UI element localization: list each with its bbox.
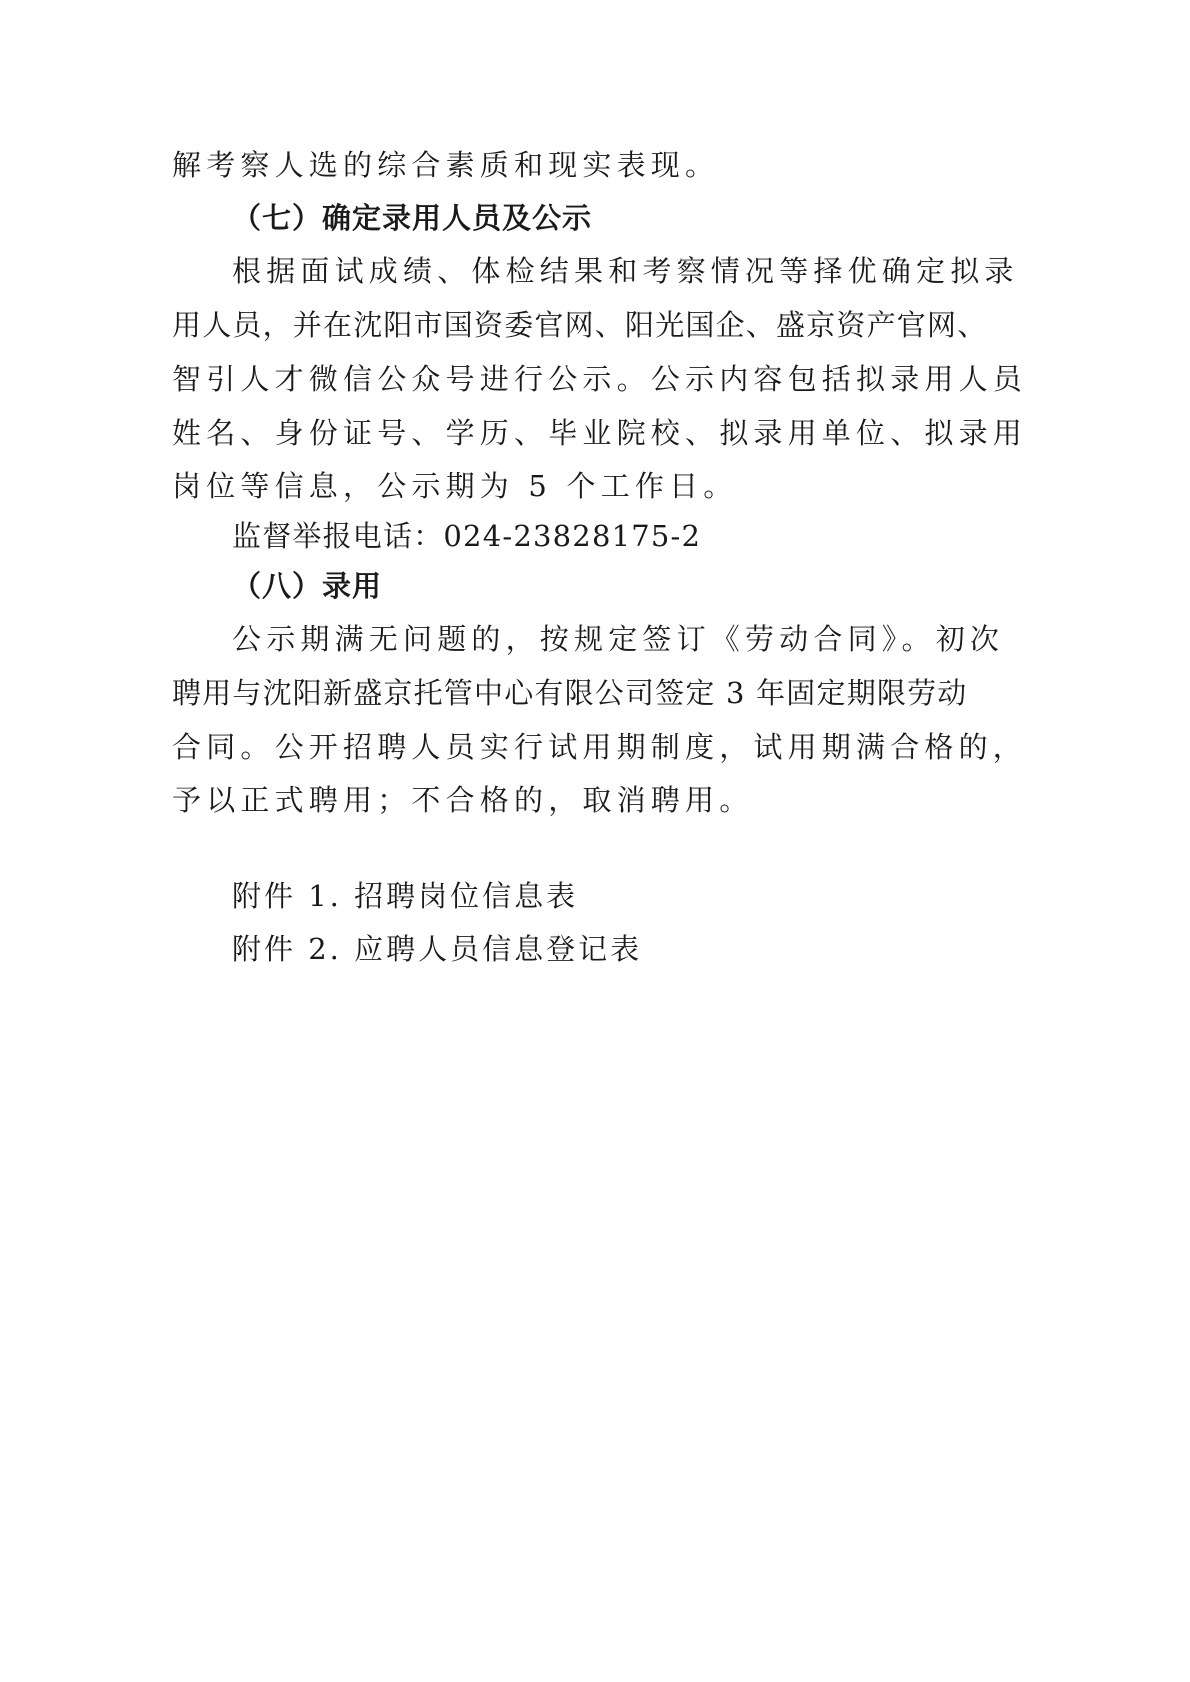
paragraph-line: 姓名、身份证号、学历、毕业院校、拟录用单位、拟录用	[172, 413, 1027, 453]
section-heading-8: （八）录用	[232, 566, 382, 606]
paragraph-line: 聘用与沈阳新盛京托管中心有限公司签定 3 年固定期限劳动	[172, 673, 968, 713]
paragraph-line: 根据面试成绩、体检结果和考察情况等择优确定拟录	[232, 251, 1019, 291]
paragraph-line: 解考察人选的综合素质和现实表现。	[172, 145, 719, 185]
section-heading-7: （七）确定录用人员及公示	[232, 198, 592, 238]
paragraph-line: 公示期满无问题的，按规定签订《劳动合同》。初次	[232, 619, 1004, 659]
paragraph-line: 予以正式聘用；不合格的，取消聘用。	[172, 780, 753, 820]
document-page: 解考察人选的综合素质和现实表现。 （七）确定录用人员及公示 根据面试成绩、体检结…	[0, 0, 1190, 1682]
attachment-1: 附件 1. 招聘岗位信息表	[232, 876, 578, 916]
paragraph-line: 智引人才微信公众号进行公示。公示内容包括拟录用人员	[172, 359, 1027, 399]
paragraph-line: 合同。公开招聘人员实行试用期制度，试用期满合格的，	[172, 727, 1027, 767]
hotline-text: 监督举报电话：024-23828175-2	[232, 516, 701, 556]
paragraph-line: 用人员，并在沈阳市国资委官网、阳光国企、盛京资产官网、	[172, 305, 987, 345]
attachment-2: 附件 2. 应聘人员信息登记表	[232, 929, 642, 969]
paragraph-line: 岗位等信息，公示期为 5 个工作日。	[172, 466, 738, 506]
